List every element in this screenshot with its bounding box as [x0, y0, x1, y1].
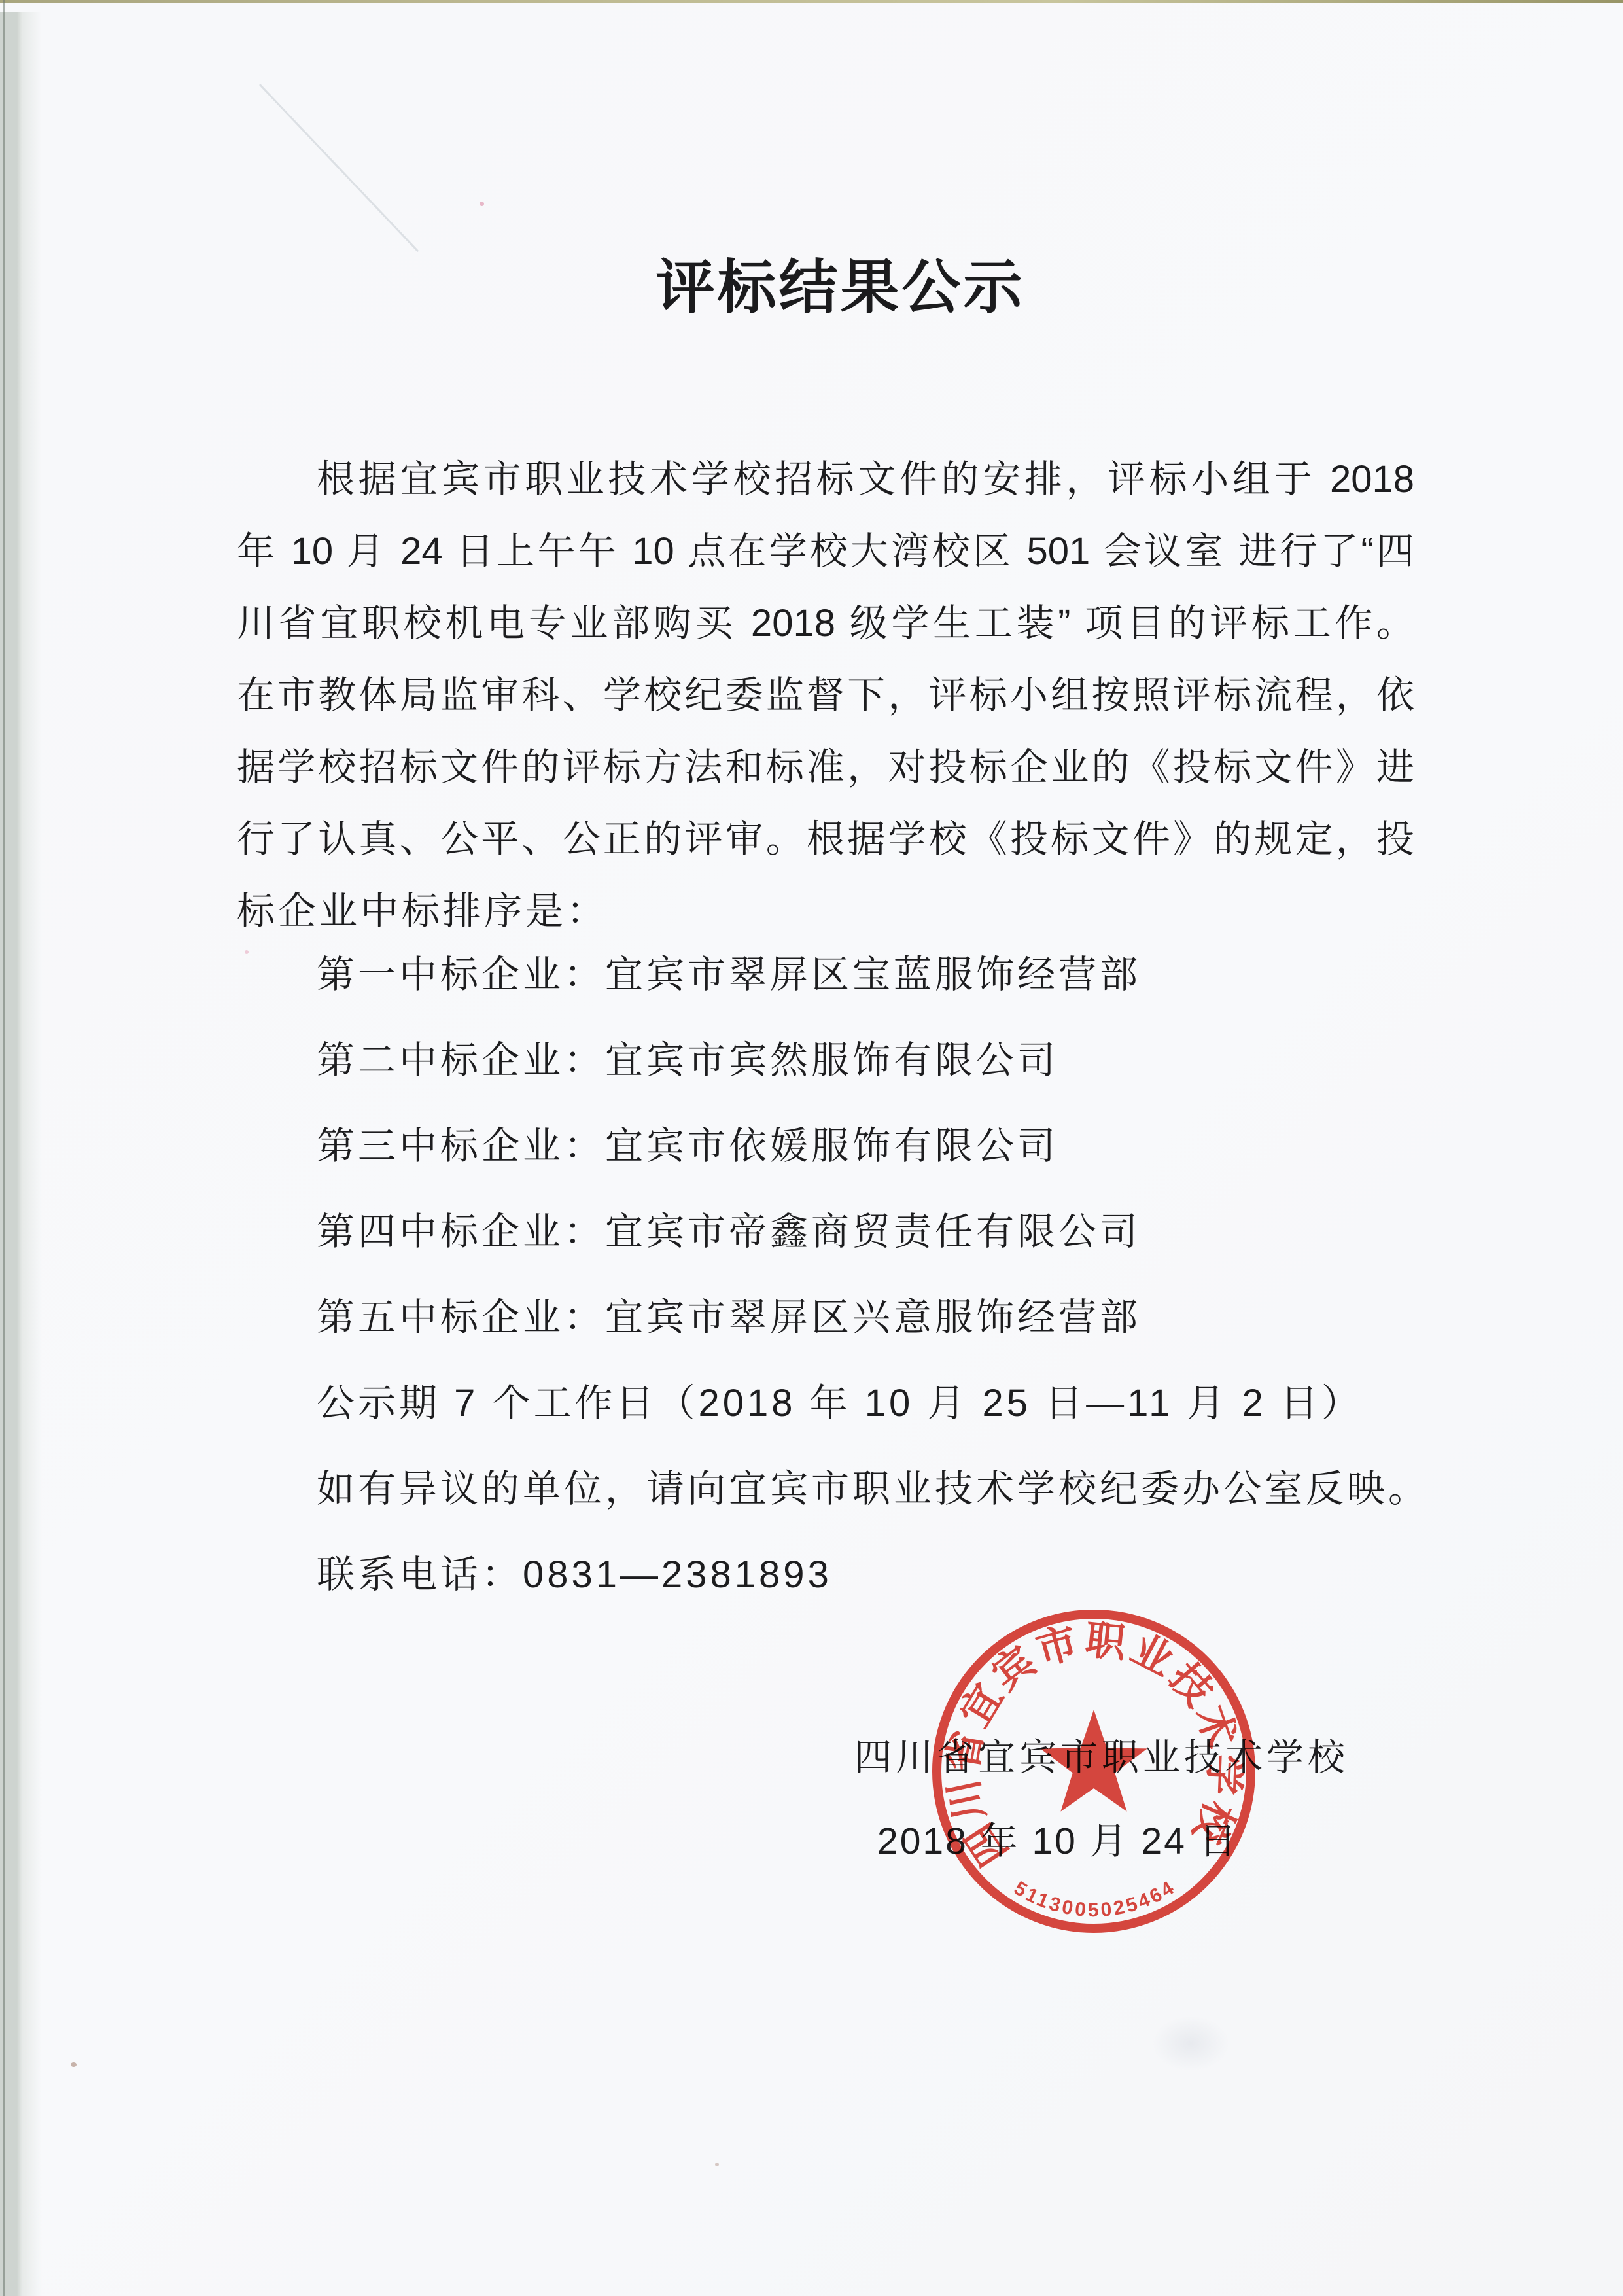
official-seal-graphic: 四川省宜宾市职业技术学校 5113005025464	[924, 1601, 1264, 1941]
rank-item: 第三中标企业：宜宾市依媛服饰有限公司	[317, 1103, 1141, 1189]
rank-item: 第一中标企业：宜宾市翠屏区宝蓝服饰经营部	[317, 932, 1141, 1017]
page-title: 评标结果公示	[29, 239, 1623, 325]
seal-star-icon	[1040, 1710, 1147, 1812]
rank-item: 第二中标企业：宜宾市宾然服饰有限公司	[317, 1017, 1141, 1103]
publicity-period-line: 公示期 7 个工作日（2018 年 10 月 25 日—11 月 2 日）	[317, 1360, 1429, 1446]
scan-artifact-speck	[480, 202, 484, 206]
scan-artifact-speck	[245, 950, 249, 954]
intro-line: 行了认真、公平、公正的评审。根据学校《投标文件》的规定，投	[237, 804, 1414, 875]
rank-item: 第五中标企业：宜宾市翠屏区兴意服饰经营部	[317, 1275, 1141, 1360]
official-seal: 四川省宜宾市职业技术学校 5113005025464	[924, 1601, 1264, 1941]
intro-line: 据学校招标文件的评标方法和标准，对投标企业的《投标文件》进	[237, 732, 1414, 804]
scanned-document-page: 评标结果公示 根据宜宾市职业技术学校招标文件的安排，评标小组于 2018 年 1…	[0, 0, 1623, 2296]
scan-artifact-left-edge-line	[3, 0, 5, 2296]
intro-line: 年 10 月 24 日上午午 10 点在学校大湾校区 501 会议室 进行了“四	[237, 516, 1414, 588]
scan-artifact-left-edge	[0, 12, 42, 2296]
scan-artifact-smudge	[1151, 2015, 1230, 2072]
scan-artifact-scratch	[259, 84, 419, 252]
objection-notice-line: 如有异议的单位，请向宜宾市职业技术学校纪委办公室反映。	[317, 1446, 1429, 1532]
intro-line: 在市教体局监审科、学校纪委监督下，评标小组按照评标流程，依	[237, 660, 1414, 732]
scan-artifact-speck	[71, 2062, 77, 2067]
scan-artifact-speck	[715, 2163, 719, 2166]
intro-line: 川省宜职校机电专业部购买 2018 级学生工装” 项目的评标工作。	[237, 588, 1414, 660]
rank-item: 第四中标企业：宜宾市帝鑫商贸责任有限公司	[317, 1189, 1141, 1275]
notice-block: 公示期 7 个工作日（2018 年 10 月 25 日—11 月 2 日） 如有…	[317, 1360, 1429, 1617]
intro-line: 根据宜宾市职业技术学校招标文件的安排，评标小组于 2018	[237, 444, 1414, 516]
intro-paragraph: 根据宜宾市职业技术学校招标文件的安排，评标小组于 2018 年 10 月 24 …	[237, 444, 1414, 947]
scan-artifact-top-edge	[0, 0, 1623, 3]
rank-list: 第一中标企业：宜宾市翠屏区宝蓝服饰经营部 第二中标企业：宜宾市宾然服饰有限公司 …	[317, 932, 1141, 1360]
